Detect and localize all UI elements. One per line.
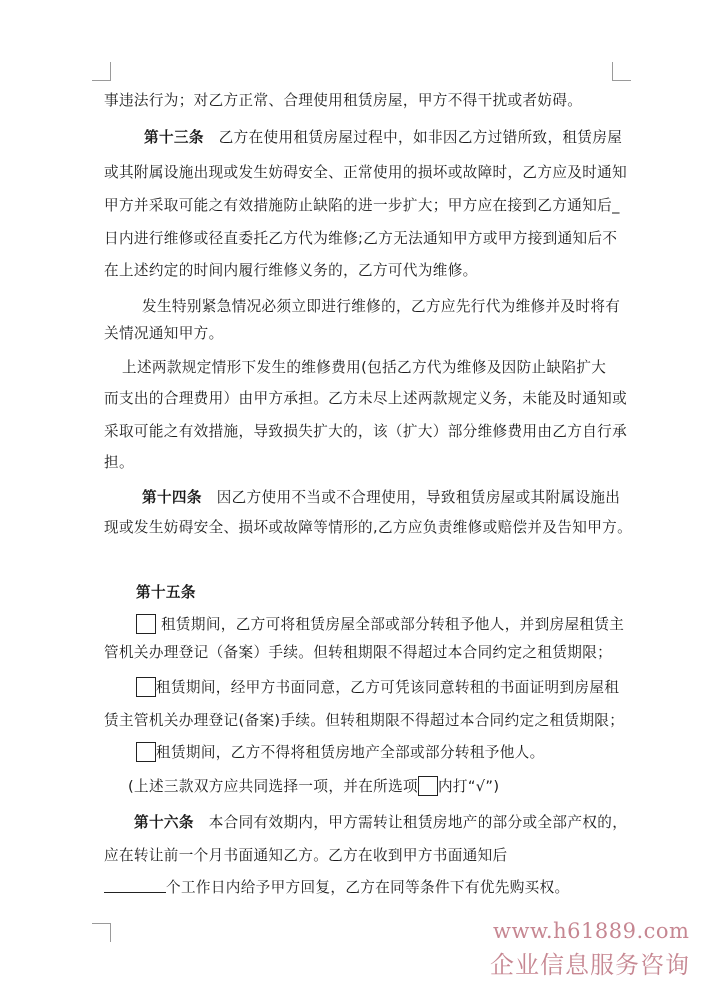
paragraph-line: 现或发生妨碍安全、损坏或故障等情形的,乙方应负责维修或赔偿并及告知甲方。: [104, 518, 632, 538]
page-corner-top-left: [92, 62, 111, 81]
option-1-line: 租赁期间，乙方可将租赁房屋全部或部分转租予他人，并到房屋租赁主: [136, 614, 624, 635]
paragraph-line: 关情况通知甲方。: [104, 324, 224, 344]
option-3-line: 租赁期间，乙方不得将租赁房地产全部或部分转租予他人。: [136, 742, 545, 763]
article-text: 因乙方使用不当或不合理使用，导致租赁房屋或其附属设施出: [202, 489, 620, 506]
option-text: 租赁期间，乙方可将租赁房屋全部或部分转租予他人，并到房屋租赁主: [156, 616, 624, 633]
paragraph-line: 采取可能之有效措施，导致损失扩大的，该（扩大）部分维修费用由乙方自行承: [104, 422, 627, 442]
example-checkbox: [418, 776, 438, 796]
paragraph-line: 赁主管机关办理登记(备案)手续。但转租期限不得超过本合同约定之租赁期限；: [104, 711, 624, 731]
page-corner-top-right: [612, 62, 631, 81]
article-14-heading: 第十四条: [142, 489, 202, 506]
option-1-checkbox[interactable]: [136, 614, 156, 634]
paragraph-line: 发生特别紧急情况必须立即进行维修的，乙方应先行代为维修并及时将有: [142, 297, 620, 317]
paragraph-line: 应在转让前一个月书面通知乙方。乙方在收到甲方书面通知后: [104, 846, 507, 866]
paragraph-line: 在上述约定的时间内履行维修义务的，乙方可代为维修。: [104, 261, 478, 281]
article-16-line: 第十六条 本合同有效期内，甲方需转让租赁房地产的部分或全部产权的，: [134, 813, 627, 833]
article-text: 本合同有效期内，甲方需转让租赁房地产的部分或全部产权的，: [194, 814, 627, 831]
watermark-name: 企业信息服务咨询: [490, 945, 690, 980]
paragraph-line: 日内进行维修或径直委托乙方代为维修;乙方无法通知甲方或甲方接到通知后不: [104, 229, 617, 249]
article-15-heading: 第十五条: [136, 583, 196, 603]
option-text: 租赁期间，经甲方书面同意，乙方可凭该同意转租的书面证明到房屋租: [156, 679, 619, 696]
watermark-url: www.h61889.com: [493, 919, 689, 943]
blank-days-field[interactable]: [104, 878, 166, 893]
note-text: 内打“√”): [438, 778, 499, 795]
article-13-line: 第十三条 乙方在使用租赁房屋过程中，如非因乙方过错所致，租赁房屋: [144, 128, 622, 148]
selection-note-line: (上述三款双方应共同选择一项，并在所选项内打“√”): [128, 776, 499, 797]
paragraph-line: 甲方并采取可能之有效措施防止缺陷的进一步扩大；甲方应在接到乙方通知后_: [104, 196, 620, 216]
option-3-checkbox[interactable]: [136, 742, 156, 762]
article-13-heading: 第十三条: [144, 129, 204, 146]
article-14-line: 第十四条 因乙方使用不当或不合理使用，导致租赁房屋或其附属设施出: [142, 488, 620, 508]
paragraph-line: 或其附属设施出现或发生妨碍安全、正常使用的损坏或故障时，乙方应及时通知: [104, 163, 627, 183]
paragraph-line: 担。: [104, 453, 134, 473]
article-text: 乙方在使用租赁房屋过程中，如非因乙方过错所致，租赁房屋: [204, 129, 622, 146]
paragraph-line: 而支出的合理费用）由甲方承担。乙方未尽上述两款规定义务，未能及时通知或: [104, 389, 627, 409]
note-text: (上述三款双方应共同选择一项，并在所选项: [128, 778, 418, 795]
paragraph-line: 上述两款规定情形下发生的维修费用(包括乙方代为维修及因防止缺陷扩大: [122, 358, 606, 378]
page-corner-bottom-left: [92, 923, 111, 942]
option-2-line: 租赁期间，经甲方书面同意，乙方可凭该同意转租的书面证明到房屋租: [136, 677, 619, 698]
paragraph-line: 管机关办理登记（备案）手续。但转租期限不得超过本合同约定之租赁期限；: [104, 643, 612, 663]
paragraph-line: 事违法行为；对乙方正常、合理使用租赁房屋，甲方不得干扰或者妨碍。: [104, 91, 582, 111]
blank-fill-line: 个工作日内给予甲方回复，乙方在同等条件下有优先购买权。: [104, 878, 569, 898]
option-2-checkbox[interactable]: [136, 677, 156, 697]
paragraph-text: 个工作日内给予甲方回复，乙方在同等条件下有优先购买权。: [166, 879, 569, 896]
option-text: 租赁期间，乙方不得将租赁房地产全部或部分转租予他人。: [156, 744, 545, 761]
article-16-heading: 第十六条: [134, 814, 194, 831]
